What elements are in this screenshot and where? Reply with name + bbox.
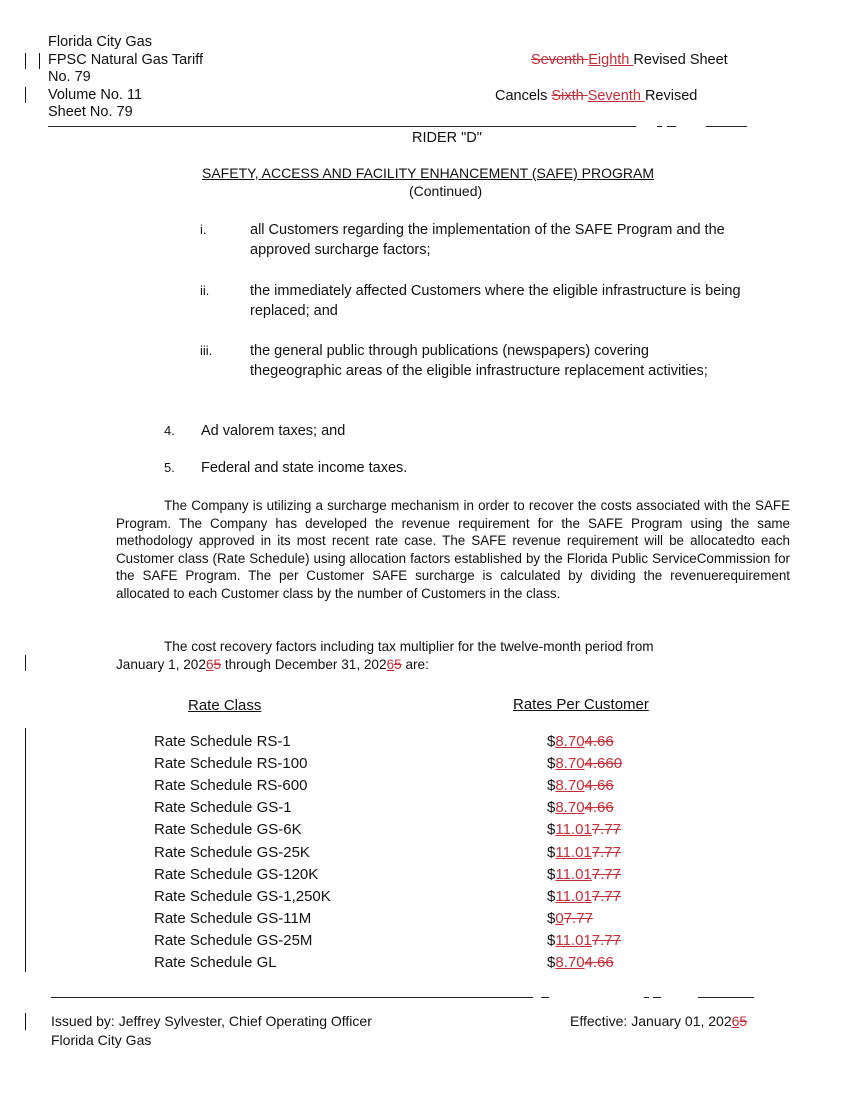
change-bar	[25, 655, 26, 671]
body-paragraph: The Company is utilizing a surcharge mec…	[116, 497, 790, 603]
rate-value: $8.704.66	[547, 799, 614, 816]
column-header-rates: Rates Per Customer	[513, 696, 649, 713]
company-name: Florida City Gas	[48, 34, 203, 52]
change-bar	[25, 53, 26, 69]
footer-divider-dash	[653, 997, 661, 998]
rate-value: $11.017.77	[547, 932, 621, 949]
rate-class: Rate Schedule GS-25M	[154, 932, 312, 949]
inserted-text: 11.01	[555, 932, 591, 949]
change-bar	[25, 87, 26, 103]
footer-divider-dash	[644, 997, 649, 998]
cancels-line: Cancels Sixth Seventh Revised	[495, 88, 697, 104]
rate-value: $8.704.660	[547, 755, 622, 772]
footer-company: Florida City Gas	[51, 1032, 151, 1048]
item-number: ii.	[200, 281, 209, 301]
inserted-text: 11.01	[555, 844, 591, 861]
table-row: Rate Schedule GS-6K$11.017.77	[154, 821, 674, 843]
table-row: Rate Schedule GS-1,250K$11.017.77	[154, 888, 674, 910]
table-row: Rate Schedule GS-1$8.704.66	[154, 799, 674, 821]
recovery-line-1: The cost recovery factors including tax …	[164, 639, 654, 654]
deleted-text: 7.77	[592, 888, 621, 905]
table-row: Rate Schedule GS-25M$11.017.77	[154, 932, 674, 954]
inserted-text: 11.01	[555, 888, 591, 905]
inserted-text: 11.01	[555, 821, 591, 838]
deleted-text: 4.66	[585, 799, 614, 816]
deleted-text: 4.66	[585, 777, 614, 794]
rate-value: $11.017.77	[547, 844, 621, 861]
revised-label: Revised	[645, 88, 697, 104]
table-row: Rate Schedule RS-600$8.704.66	[154, 777, 674, 799]
recovery-line-2: January 1, 20265 through December 31, 20…	[116, 657, 429, 672]
inserted-text: 8.70	[555, 755, 584, 772]
rate-value: $07.77	[547, 910, 593, 927]
item-number: 4.	[164, 421, 175, 441]
rate-value: $11.017.77	[547, 866, 621, 883]
change-bar	[39, 53, 40, 69]
deleted-text: 7.77	[592, 821, 621, 838]
deleted-text: 7.77	[592, 932, 621, 949]
rate-class: Rate Schedule GS-11M	[154, 910, 311, 927]
rate-value: $11.017.77	[547, 821, 621, 838]
issued-by: Issued by: Jeffrey Sylvester, Chief Oper…	[51, 1013, 372, 1029]
tariff-number: No. 79	[48, 69, 203, 87]
header-divider	[48, 126, 636, 127]
paragraph-text: The Company is utilizing a surcharge mec…	[116, 498, 790, 601]
deleted-text: 5	[214, 657, 222, 672]
deleted-text: 5	[739, 1013, 747, 1029]
column-header-rate-class: Rate Class	[188, 697, 261, 714]
page-subtitle: (Continued)	[409, 183, 482, 199]
rider-label: RIDER "D"	[412, 130, 482, 146]
rate-class: Rate Schedule GL	[154, 954, 277, 971]
sheet-number: Sheet No. 79	[48, 104, 203, 122]
item-number: 5.	[164, 458, 175, 478]
table-row: Rate Schedule RS-1$8.704.66	[154, 733, 674, 755]
rate-value: $8.704.66	[547, 733, 614, 750]
inserted-text: Seventh	[588, 88, 645, 104]
header-left: Florida City Gas FPSC Natural Gas Tariff…	[48, 34, 203, 122]
revised-sheet-label: Revised Sheet	[633, 52, 727, 68]
deleted-text: Sixth	[551, 88, 587, 104]
rate-class: Rate Schedule RS-100	[154, 755, 307, 772]
header-divider-dash	[657, 126, 662, 127]
item-text: the immediately affected Customers where…	[250, 281, 770, 321]
footer-divider	[51, 997, 533, 998]
table-row: Rate Schedule GS-11M$07.77	[154, 910, 674, 932]
volume-number: Volume No. 11	[48, 87, 203, 105]
cancels-label: Cancels	[495, 88, 551, 104]
page-title: SAFETY, ACCESS AND FACILITY ENHANCEMENT …	[202, 165, 654, 181]
rate-class: Rate Schedule RS-600	[154, 777, 307, 794]
deleted-text: 4.660	[585, 755, 623, 772]
footer-divider-short	[698, 997, 754, 998]
header-divider-short	[706, 126, 747, 127]
change-bar	[25, 728, 26, 972]
table-row: Rate Schedule GS-120K$11.017.77	[154, 866, 674, 888]
inserted-text: 6	[206, 657, 214, 672]
deleted-text: 7.77	[564, 910, 593, 927]
item-text: Federal and state income taxes.	[201, 458, 721, 478]
rate-value: $8.704.66	[547, 954, 614, 971]
deleted-text: 4.66	[585, 733, 614, 750]
table-row: Rate Schedule GL$8.704.66	[154, 954, 674, 976]
rate-class: Rate Schedule GS-1	[154, 799, 292, 816]
recovery-text: January 1, 202	[116, 657, 206, 672]
inserted-text: 11.01	[555, 866, 591, 883]
item-number: iii.	[200, 341, 212, 361]
rate-class: Rate Schedule GS-25K	[154, 844, 310, 861]
item-number: i.	[200, 220, 207, 240]
table-row: Rate Schedule GS-25K$11.017.77	[154, 844, 674, 866]
item-text: the general public through publications …	[250, 341, 710, 381]
deleted-text: 5	[394, 657, 402, 672]
rate-value: $8.704.66	[547, 777, 614, 794]
recovery-text: through December 31, 202	[221, 657, 387, 672]
deleted-text: Seventh	[531, 52, 588, 68]
table-row: Rate Schedule RS-100$8.704.660	[154, 755, 674, 777]
header-divider-dash	[667, 126, 676, 127]
deleted-text: 4.66	[585, 954, 614, 971]
inserted-text: 0	[555, 910, 563, 927]
deleted-text: 7.77	[592, 866, 621, 883]
item-text: Ad valorem taxes; and	[201, 421, 721, 441]
inserted-text: 8.70	[555, 733, 584, 750]
rate-value: $11.017.77	[547, 888, 621, 905]
inserted-text: 6	[387, 657, 395, 672]
change-bar	[25, 1013, 26, 1030]
inserted-text: 8.70	[555, 799, 584, 816]
inserted-text: 8.70	[555, 954, 584, 971]
footer-divider-dash	[541, 997, 549, 998]
deleted-text: 7.77	[592, 844, 621, 861]
tariff-name: FPSC Natural Gas Tariff	[48, 52, 203, 70]
inserted-text: 8.70	[555, 777, 584, 794]
rate-class: Rate Schedule RS-1	[154, 733, 291, 750]
item-text: all Customers regarding the implementati…	[250, 220, 770, 260]
revised-sheet: Seventh Eighth Revised Sheet	[531, 52, 728, 68]
effective-label: Effective: January 01, 202	[570, 1013, 732, 1029]
recovery-text: are:	[402, 657, 429, 672]
effective-date: Effective: January 01, 20265	[570, 1013, 747, 1029]
inserted-text: Eighth	[588, 52, 633, 68]
rate-class: Rate Schedule GS-120K	[154, 866, 318, 883]
rate-class: Rate Schedule GS-1,250K	[154, 888, 331, 905]
rate-class: Rate Schedule GS-6K	[154, 821, 302, 838]
